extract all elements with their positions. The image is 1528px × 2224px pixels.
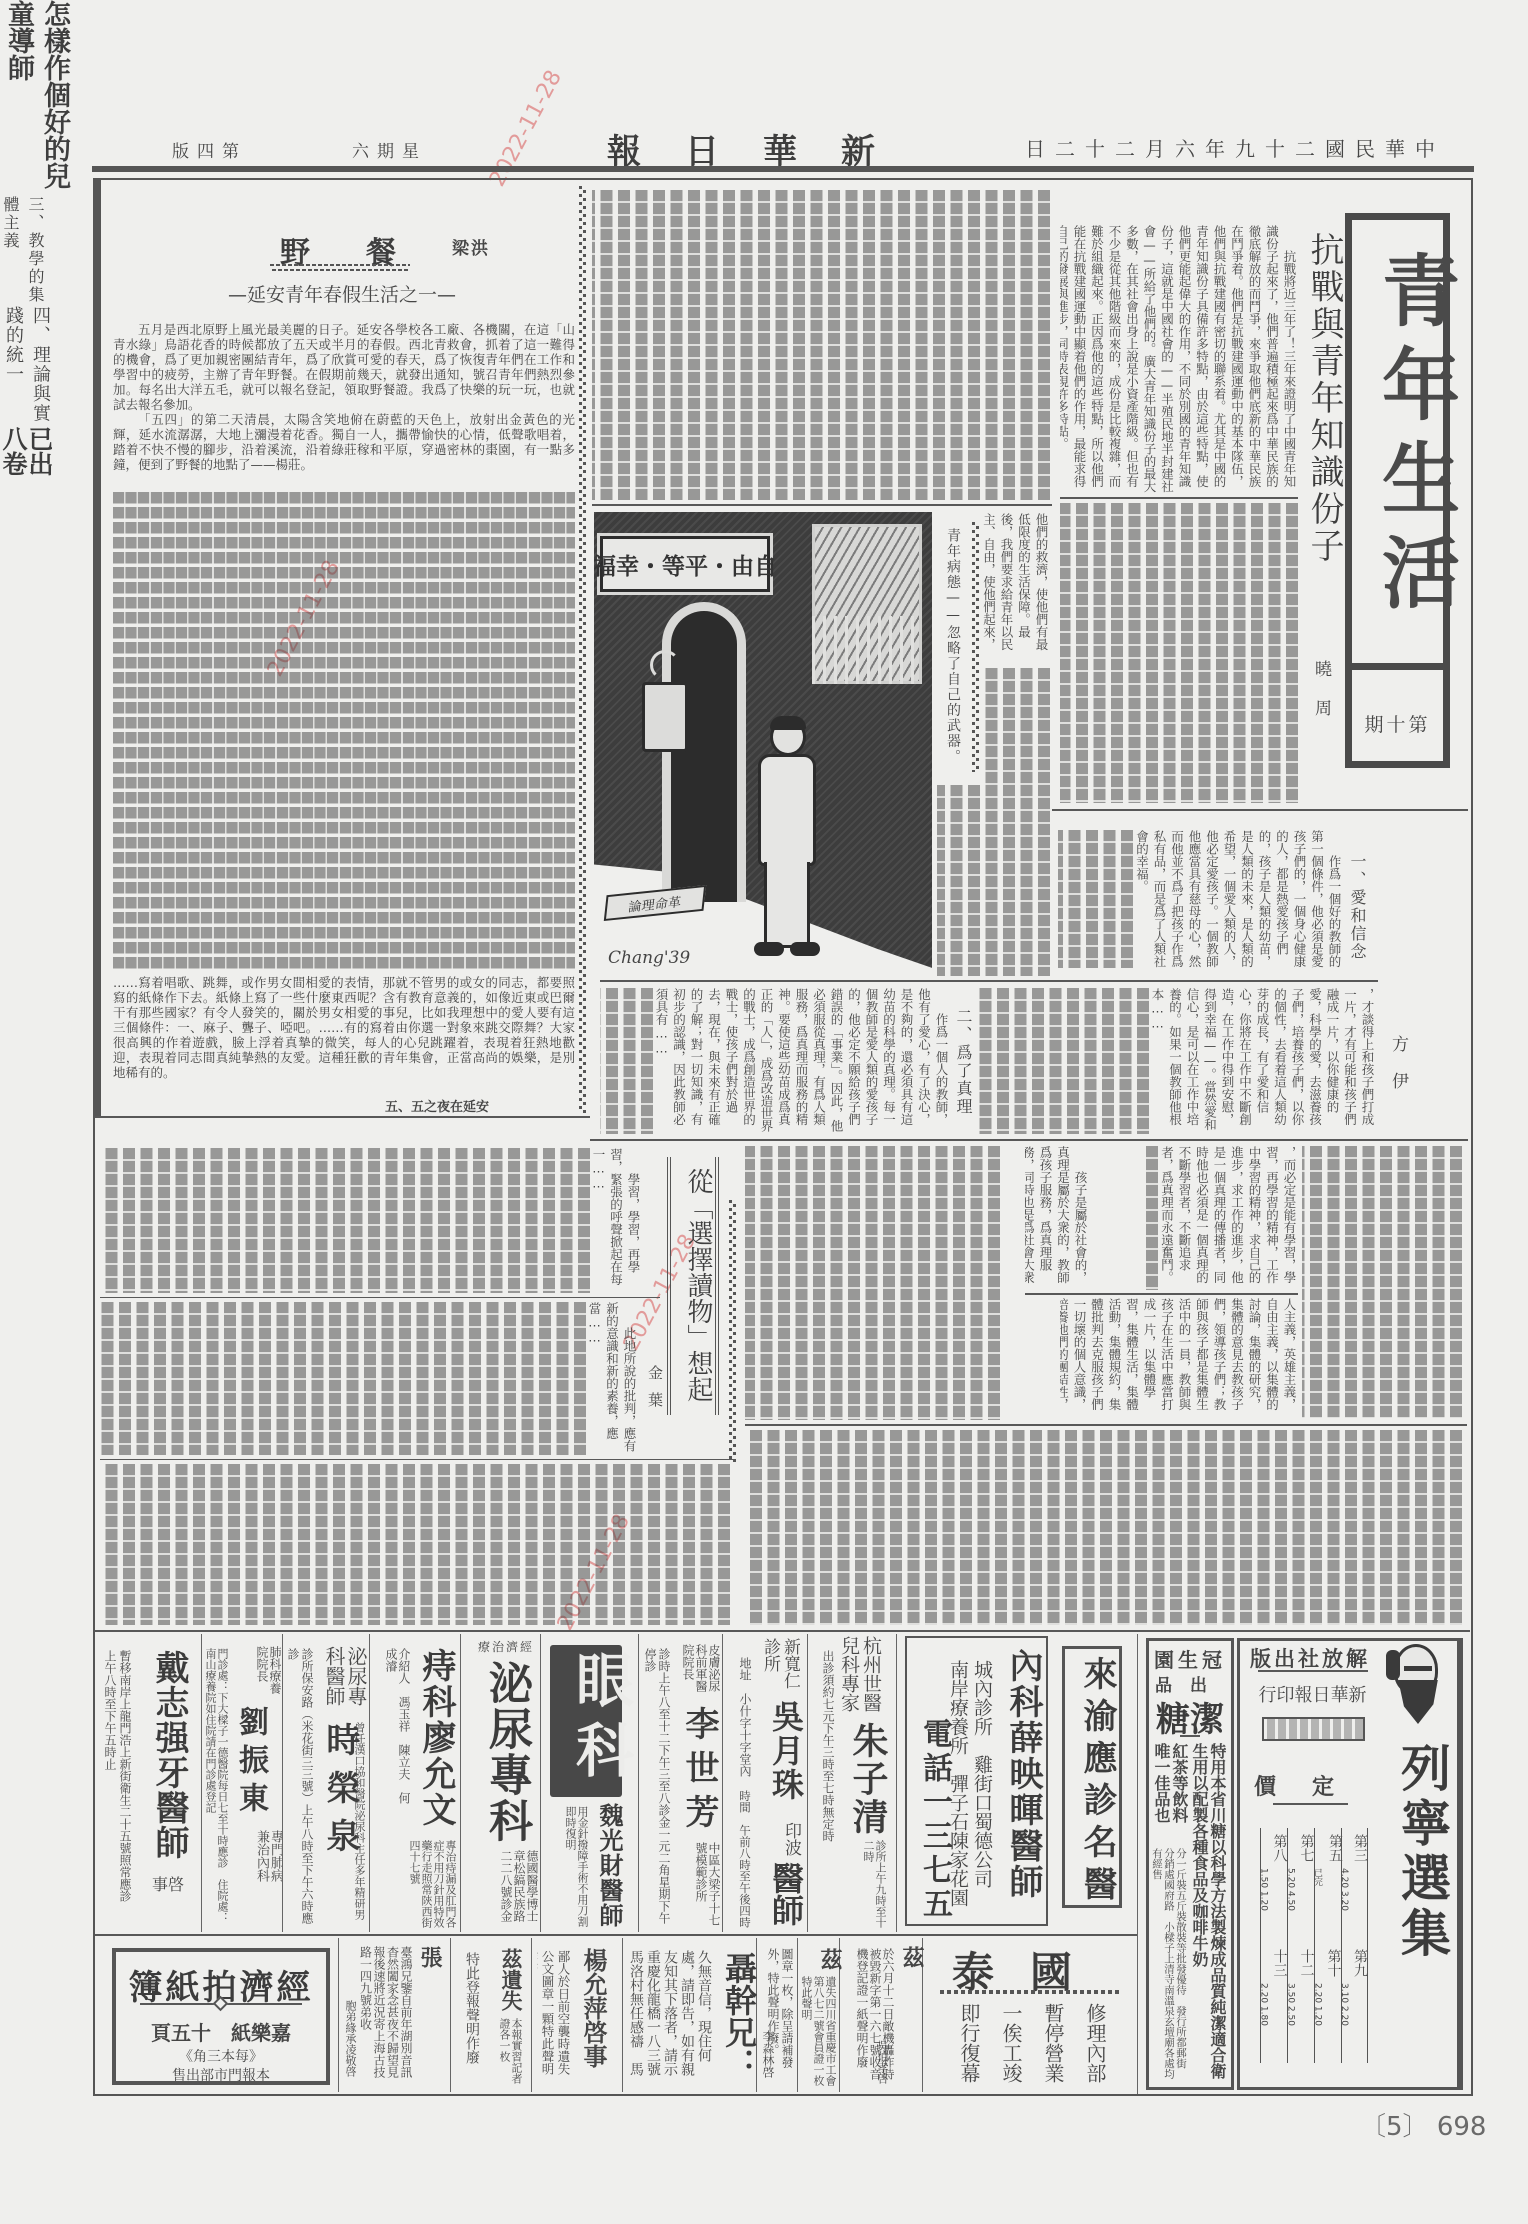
ad-candy-maker: 冠生園 xyxy=(1152,1644,1228,1673)
notice-signature: 吳伯孝啓 xyxy=(874,2040,890,2084)
volume-price: 3.50 2.50 xyxy=(1286,1949,1296,2058)
ad-separator xyxy=(531,1938,532,2092)
illegible-text-texture xyxy=(1060,503,1298,803)
ad-dai-address: 暫移南岸上龍門浩上新街衛生二十五號照常應診 xyxy=(119,1650,134,1930)
edition-label: 第四版 xyxy=(172,137,247,162)
issue-date: 中華民國二十九年六月二十二日 xyxy=(1025,133,1445,162)
volume-price: 2.20 1.20 xyxy=(1313,1949,1323,2058)
notice-text: 遺失四川省重慶市工會第八七二號會員證一枚特此聲明 xyxy=(800,1976,836,2086)
ad-xue-phone: 電話一三七五 xyxy=(912,1718,956,1922)
ad-separator xyxy=(201,1634,202,1932)
ads-top-rule xyxy=(95,1630,1470,1632)
youth-article-body-lower xyxy=(1060,503,1298,803)
supplement-title: 青年生活 xyxy=(1358,250,1470,626)
ad-candy-product: 潔糖 xyxy=(1152,1692,1228,1741)
portrait-brow xyxy=(1404,1666,1432,1671)
teacher-article-wrap xyxy=(937,785,980,976)
ad-liu-name: 劉振東 xyxy=(228,1706,272,1820)
picnic-signoff: 五、五之夜在延安 xyxy=(385,1096,489,1115)
section-text: 孩子是屬於社會的，真理是屬於大衆的，教師爲孩子服務，爲真理服務，同時也是爲社會大… xyxy=(1025,1146,1089,1290)
cartoon-illustration: 自由・平等・幸福 革命理論 Chang'39 xyxy=(594,512,932,982)
ad-zhu-name: 朱子清 xyxy=(842,1722,893,1836)
page-number: 〔5〕 698 xyxy=(1360,2106,1486,2143)
banner-text: 革命理論 xyxy=(628,891,683,915)
ad-separator xyxy=(1137,1634,1138,2094)
section-rule xyxy=(1052,809,1468,811)
notice-signature: 李淼林啓 xyxy=(760,2030,777,2078)
window-bars-drawing xyxy=(812,616,922,684)
volume-price: 2.20 1.80 xyxy=(1259,1949,1269,2058)
price-column: 第八1.50 1.20 十三2.20 1.80 xyxy=(1260,1828,1287,2063)
illegible-text-texture xyxy=(113,492,575,970)
page-number-value: 698 xyxy=(1437,2112,1487,2142)
tier-rule xyxy=(100,1459,736,1460)
section-heading: 二、爲了真理 xyxy=(952,1008,975,1116)
picnic-paragraph: 五月是西北原野上風光最美麗的日子。延安各學校各工廠、各機關，在這「山青水綠」鳥語… xyxy=(113,322,575,412)
section-heading: 三、教學的集體主義 xyxy=(0,196,48,306)
ad-urology-details: 德國醫學博士章松鎬民族路二二八號診金二元 xyxy=(500,1850,538,1928)
rule xyxy=(1273,1803,1348,1805)
portrait-beard xyxy=(1396,1680,1440,1724)
dotted-ornament-rule xyxy=(940,1990,1120,1994)
teacher-section-1-continued: ，才談得上和孩子們打成一片，才有可能和孩子們融成一片，以你健康的愛，科學的愛，去… xyxy=(975,988,1376,1134)
section-rule xyxy=(95,1116,590,1118)
notice-line: 修理內部 xyxy=(1081,2003,1110,2083)
teacher-section-2-text: 作爲一個人的教師，他有了愛心，有了決心，是不夠的，還必須具有這幼苗的科學的真理。… xyxy=(600,988,950,1134)
illegible-text-texture xyxy=(975,988,1149,1134)
ad-zhu-clinic: 診所上午九時至十二時 xyxy=(846,1840,886,1928)
notice-title: 茲 xyxy=(814,1948,845,1970)
ad-wu-title: 醫師 xyxy=(763,1862,809,1926)
section-text: ，而必定是能有學習，學習，再學習的精神，工作中學習的精神，求自己的進步，求工作的… xyxy=(1158,1146,1298,1290)
picnic-body-end: ……寫着唱歌、跳舞，或作男女間相愛的表情，那就不管男的或女的同志，都要照寫的紙條… xyxy=(113,975,575,1095)
illegible-text-texture xyxy=(937,785,980,976)
volume-label: 第三 xyxy=(1350,1834,1370,1943)
watermark: 2022-11-28 xyxy=(485,66,567,191)
reading-paragraph: 此地所說的批判，應有新的意識和新的素養，應當…… xyxy=(586,1302,639,1455)
ad-li-address: 中區大梁子十七號模範診所 xyxy=(690,1842,720,1928)
tier-rule xyxy=(745,1424,1467,1426)
reading-article-body-lower xyxy=(100,1464,730,1625)
weekday-label: 星期六 xyxy=(352,137,427,162)
ad-separator xyxy=(896,1634,897,1932)
volume-price: 5.20 4.50 xyxy=(1286,1834,1296,1943)
ad-lenin-printer: 新華日報印行 xyxy=(1255,1681,1370,1707)
ad-lenin-status: 已出八卷 xyxy=(0,426,52,484)
illegible-text-texture xyxy=(1142,1146,1158,1290)
teacher-section-3-text: 孩子是屬於社會的，真理是屬於大衆的，教師爲孩子服務，爲真理服務，同時也是爲社會大… xyxy=(1025,1146,1089,1290)
ad-liu-specialty: 專門肺病兼治內科 xyxy=(254,1830,282,1890)
ad-wu-clinic: 新寬仁診所 xyxy=(758,1638,800,1694)
ad-li-hours: 診時上午八至十二下午三至八診金一元二角星期下午停診 xyxy=(643,1648,671,1930)
masthead-rule xyxy=(92,166,1474,172)
notice-signature: 胞弟緣承凌敬啓 xyxy=(342,2000,358,2077)
notice-text: 本報實習記者證各一枚 xyxy=(494,2018,522,2088)
title-double-wavy-rule xyxy=(270,264,410,272)
price-column: 第五已完 第十2.20 1.20 xyxy=(1314,1828,1341,2063)
ads-row-rule xyxy=(95,1934,1137,1936)
tier-rule xyxy=(1025,1293,1298,1295)
ad-candy-sales-info: 分一斤裝五斤裝散裝等批發優待 發行所都郵街 分銷處國府路 小樑子上清寺南溫泉玄壇… xyxy=(1151,1848,1187,2086)
price-cell: 第九3.10 2.20 xyxy=(1339,1943,1370,2058)
shoe-drawing xyxy=(754,942,784,956)
teacher-section-1-text: 作爲一個好的教師的第一個條件，他必須是愛孩子們的，一個身心健康的人，都是熱愛孩子… xyxy=(1058,830,1343,968)
column-left-bar xyxy=(93,178,101,1118)
teacher-section-2-continued xyxy=(1302,1146,1462,1418)
ad-wu-subname: 印波 xyxy=(779,1822,804,1856)
ad-li-header: 皮膚泌尿科前軍醫院院長 xyxy=(680,1644,720,1702)
door-sign: 自由・平等・幸福 xyxy=(600,536,770,592)
youth-article-title: 抗戰與青年知識份子 xyxy=(1300,232,1349,565)
ad-candy-description: 特用本省川糖以科學方法製煉成品質純潔適合衛生用以配製各種食品及咖啡牛奶 xyxy=(1188,1743,1226,2085)
ad-separator xyxy=(338,1938,339,2092)
section-heading: 四、理論與實踐的統一 xyxy=(0,306,54,426)
youth-article-closing: 他們的救濟，使他們有最低限度的生活保障。最後，我們要求給青年以民主、自由，使他們… xyxy=(982,513,1050,661)
teacher-article-author: 方伊 xyxy=(1386,1035,1411,1109)
picnic-closing-paragraph: ……寫着唱歌、跳舞，或作男女間相愛的表情，那就不管男的或女的同志，都要照寫的紙條… xyxy=(113,975,575,1080)
illustration-caption: 青年病態——忽略了自己的武器。 xyxy=(943,528,963,765)
lantern-drawing xyxy=(642,682,688,752)
price-column: 第七5.20 4.50 十二3.50 2.50 xyxy=(1287,1828,1314,2063)
door-sign-text: 自由・平等・幸福 xyxy=(594,548,777,581)
tier-rule xyxy=(1060,497,1298,499)
reading-paragraph: 學習，學習，再學習，緊張的呼聲掀起在每一…… xyxy=(590,1148,643,1293)
page-reference: 〔5〕 xyxy=(1360,2112,1429,2142)
ad-liao-details: 專治痔漏及肛門各症不用刀針用特效藥行走照常陝西街四十七號 xyxy=(372,1840,456,1928)
ad-eye-title: 眼科 xyxy=(558,1650,642,1790)
ad-zhu-house-calls: 出診須約七元下午三時至七時無定時 xyxy=(820,1650,837,1842)
section-rule xyxy=(590,1139,1468,1141)
ad-lenin-publisher: 解放社出版 xyxy=(1255,1643,1370,1673)
ad-liao-referrers: 介紹人 馮玉祥 陳立夫 何成濬 xyxy=(372,1648,410,1808)
ad-eye-details: 用金針撥障手術不用刀割即時復明 xyxy=(546,1806,588,1928)
dropped-banner: 革命理論 xyxy=(604,885,706,921)
wavy-separator xyxy=(729,1200,737,1462)
illegible-text-texture xyxy=(982,668,1050,976)
notice-text: 久無音信，現住何處，請即告，如有親友知其下落者，請示重慶化龍橋一八三號馬洛村無任… xyxy=(628,1950,712,2086)
ad-liu-header: 肺科療養院院長 xyxy=(255,1646,281,1702)
ad-li-name: 李世芳 xyxy=(675,1706,724,1838)
ornament-rule xyxy=(1180,1735,1200,1737)
supplement-issue: 第十期 xyxy=(1352,710,1443,737)
section-text: 作爲一個人的教師，他有了愛心，有了決心，是不夠的，還必須具有這幼苗的科學的真理。… xyxy=(653,988,951,1134)
notice-title: 聶幹兄： xyxy=(716,1952,762,2080)
volume-price: 4.20 3.20 xyxy=(1339,1834,1349,1943)
notice-title: 茲遺失 xyxy=(496,1948,526,2011)
ad-notepad-price: 《每本三角》 xyxy=(112,2046,330,2066)
ad-liu-details: 門診處：下大樑子一德醫院每日七至十時應診 住院處：南山療養院如住院請在門診處登記 xyxy=(204,1648,228,1930)
illegible-text-texture xyxy=(745,1146,1000,1420)
notice-line: 暫停營業 xyxy=(1039,2003,1068,2083)
ad-wu-name: 吳月珠 xyxy=(763,1700,809,1802)
youth-figure-body xyxy=(758,754,816,866)
ad-dai-tag: 啓事 xyxy=(152,1872,184,1895)
notice-signature: 特此登報聲明作廢 xyxy=(462,1952,482,2064)
illegible-text-texture xyxy=(600,988,653,1134)
ad-shi-credentials: 曾任漢口協和醫院泌尿科主任多年精研男女一切性病負責根治 xyxy=(354,1722,367,1928)
ad-separator xyxy=(797,1938,798,2092)
portrait-ear xyxy=(1386,1650,1400,1680)
notice-line: 一俟工竣 xyxy=(997,2003,1026,2083)
notice-title: 張 xyxy=(414,1946,445,1968)
ad-separator xyxy=(622,1938,623,2092)
youth-article-continued xyxy=(592,190,1050,500)
ad-separator xyxy=(369,1634,370,1932)
ad-wu-hours: 時間 午前八時至午後四時 xyxy=(737,1790,753,1928)
smoke-drawing xyxy=(650,650,680,680)
youth-paragraph: 抗戰將近三年了！三年來證明了中國青年知識份子起來了，他們普遍積極起來爲中華民族的… xyxy=(1060,225,1298,495)
shoe-drawing xyxy=(790,942,820,956)
ad-lenin-distributor-box xyxy=(1262,1717,1365,1741)
teacher-section-2-end: ，而必定是能有學習，學習，再學習的精神，工作中學習的精神，求自己的進步，求工作的… xyxy=(1142,1146,1298,1290)
ad-guotai-notice: 修理內部 暫停營業 一俟工竣 即行復幕 xyxy=(955,2003,1110,2083)
ad-notepad-spec: 嘉樂紙 十五頁 xyxy=(112,2017,330,2046)
ad-liao-name: 痔科廖允文 xyxy=(412,1648,461,1828)
picnic-paragraph: 「五四」的第二天清晨，太陽含笑地俯在蔚藍的天色上，放射出金黃色的光輝，延水流潺潺… xyxy=(113,412,575,472)
illegible-text-texture xyxy=(100,1464,730,1625)
artist-signature: Chang'39 xyxy=(608,948,690,968)
teacher-article-title: 怎樣作個好的兒童導師 xyxy=(0,0,72,196)
ad-shi-header: 泌尿專科醫師 xyxy=(323,1646,367,1712)
ad-urology-header: 經濟治療 xyxy=(478,1638,534,1655)
price-column: 第三4.20 3.20 第九3.10 2.20 xyxy=(1341,1828,1368,2063)
ad-urology-name: 泌尿專科 xyxy=(474,1660,538,1844)
youth-article-body: 抗戰將近三年了！三年來證明了中國青年知識份子起來了，他們普遍積極起來爲中華民族的… xyxy=(1060,225,1298,495)
price-cell: 第三4.20 3.20 xyxy=(1339,1828,1370,1943)
volume-label: 第九 xyxy=(1350,1949,1370,2058)
masthead-divider xyxy=(1345,663,1450,670)
teacher-section-3-continued xyxy=(745,1146,1000,1420)
notice-title: 楊允萍啓事 xyxy=(576,1948,611,2068)
notice-title: 茲 xyxy=(896,1946,927,1968)
illegible-text-texture xyxy=(100,1148,590,1293)
youth-article-author: 曉周 xyxy=(1309,660,1334,738)
ad-dai-hours: 上午八時至下午五時止 xyxy=(104,1650,119,1930)
ad-xue-clinic: 城內診所 雞街口蜀德公司 xyxy=(969,1660,996,1888)
ad-lenin-price-table: 第三4.20 3.20 第九3.10 2.20 第五已完 第十2.20 1.20… xyxy=(1258,1828,1368,2063)
youth-figure-legs xyxy=(764,862,810,948)
section-text: 作爲一個好的教師的第一個條件，他必須是愛孩子們的，一個身心健康的人，都是熱愛孩子… xyxy=(1133,830,1343,968)
wavy-separator xyxy=(972,522,980,772)
illegible-text-texture xyxy=(745,1430,1462,1625)
teacher-section-3-end: 人主義，英雄主義，自由主義，以集體的討論，集體的研究，集體的意見去教孩子們，領導… xyxy=(1060,1298,1298,1420)
wavy-column-separator xyxy=(579,186,587,1114)
ad-separator xyxy=(450,1938,451,2092)
ad-xue-name: 內科薛映暉醫師 xyxy=(999,1648,1048,1900)
youth-closing-text: 他們的救濟，使他們有最低限度的生活保障。最後，我們要求給青年以民主、自由，使他們… xyxy=(982,513,1050,661)
reading-article-author: 金葉 xyxy=(645,1365,666,1419)
ad-visiting-heading: 來渝應診名醫 xyxy=(1073,1656,1122,1908)
ad-notepad-seller: 本報門市部出售 xyxy=(112,2065,330,2085)
volume-price: 3.10 2.20 xyxy=(1339,1949,1349,2058)
lenin-portrait-icon xyxy=(1382,1642,1448,1726)
ad-eye-doctor: 魏光財醫師 xyxy=(592,1803,627,1928)
section-rule xyxy=(592,504,1052,506)
picnic-subtitle: —延安青年春假生活之一— xyxy=(228,280,456,307)
tier-rule xyxy=(100,1297,660,1298)
reading-article-title: 從「選擇讀物」想起 xyxy=(680,1168,717,1402)
section-text: ，才談得上和孩子們打成一片，才有可能和孩子們融成一片，以你健康的愛，科學的愛，去… xyxy=(1149,988,1377,1134)
teacher-section-4-text xyxy=(745,1430,1462,1625)
notice-line: 即行復幕 xyxy=(955,2003,984,2083)
picnic-body-top: 五月是西北原野上風光最美麗的日子。延安各學校各工廠、各機關，在這「山青水綠」鳥語… xyxy=(113,322,575,490)
ad-dai-name: 戴志强牙醫師 xyxy=(145,1650,194,1860)
section-text: 人主義，英雄主義，自由主義，以集體的討論，集體的研究，集體的意見去教孩子們，領導… xyxy=(1060,1298,1298,1420)
volume-price: 已完 xyxy=(1311,1834,1324,1943)
rule xyxy=(1258,1670,1368,1672)
illegible-text-texture xyxy=(1058,830,1133,968)
teacher-article-wrap xyxy=(982,668,1050,976)
notice-text: 臺鴻兄鑒自前年湖別音訊杳然闔家念甚夜不歸望見報後速將近況寄上海古技路一四九號弟收 xyxy=(358,1946,412,2086)
notice-text: 鄙人於日前空襲時遺失公文圖章一顆特此聲明作廢 xyxy=(537,1950,571,2086)
reading-article-body: 學習，學習，再學習，緊張的呼聲掀起在每一…… xyxy=(100,1148,642,1293)
ad-shi-clinic: 診所保安路（米花街三三號）上午八時至下午六時應診 xyxy=(286,1648,314,1930)
ad-lenin-price-label: 定價 xyxy=(1255,1770,1370,1801)
ad-wu-address: 地址 小什字十字堂內 xyxy=(737,1657,754,1777)
volume-price: 1.50 1.20 xyxy=(1259,1834,1269,1943)
illegible-text-texture xyxy=(592,190,1050,500)
section-heading: 一、愛和信念 xyxy=(1346,853,1369,961)
ad-candy-description-tail: 紅茶等飲料唯一佳品也 xyxy=(1152,1743,1188,1835)
ad-separator xyxy=(540,1634,541,1932)
ad-separator xyxy=(282,1634,283,1932)
picnic-author: 梁洪 xyxy=(452,234,490,259)
reading-article-body: 此地所說的批判，應有新的意識和新的素養，應當…… xyxy=(100,1302,638,1455)
illegible-text-texture xyxy=(100,1302,586,1455)
illegible-text-texture xyxy=(1302,1146,1462,1418)
youth-figure-hair xyxy=(770,716,806,730)
ad-lenin-title: 列寧選集 xyxy=(1386,1742,1458,1962)
tier-rule xyxy=(600,980,1378,982)
ad-zhu-header: 杭州世醫兒科專家 xyxy=(838,1636,882,1720)
arched-doorway-drawing xyxy=(662,602,746,902)
